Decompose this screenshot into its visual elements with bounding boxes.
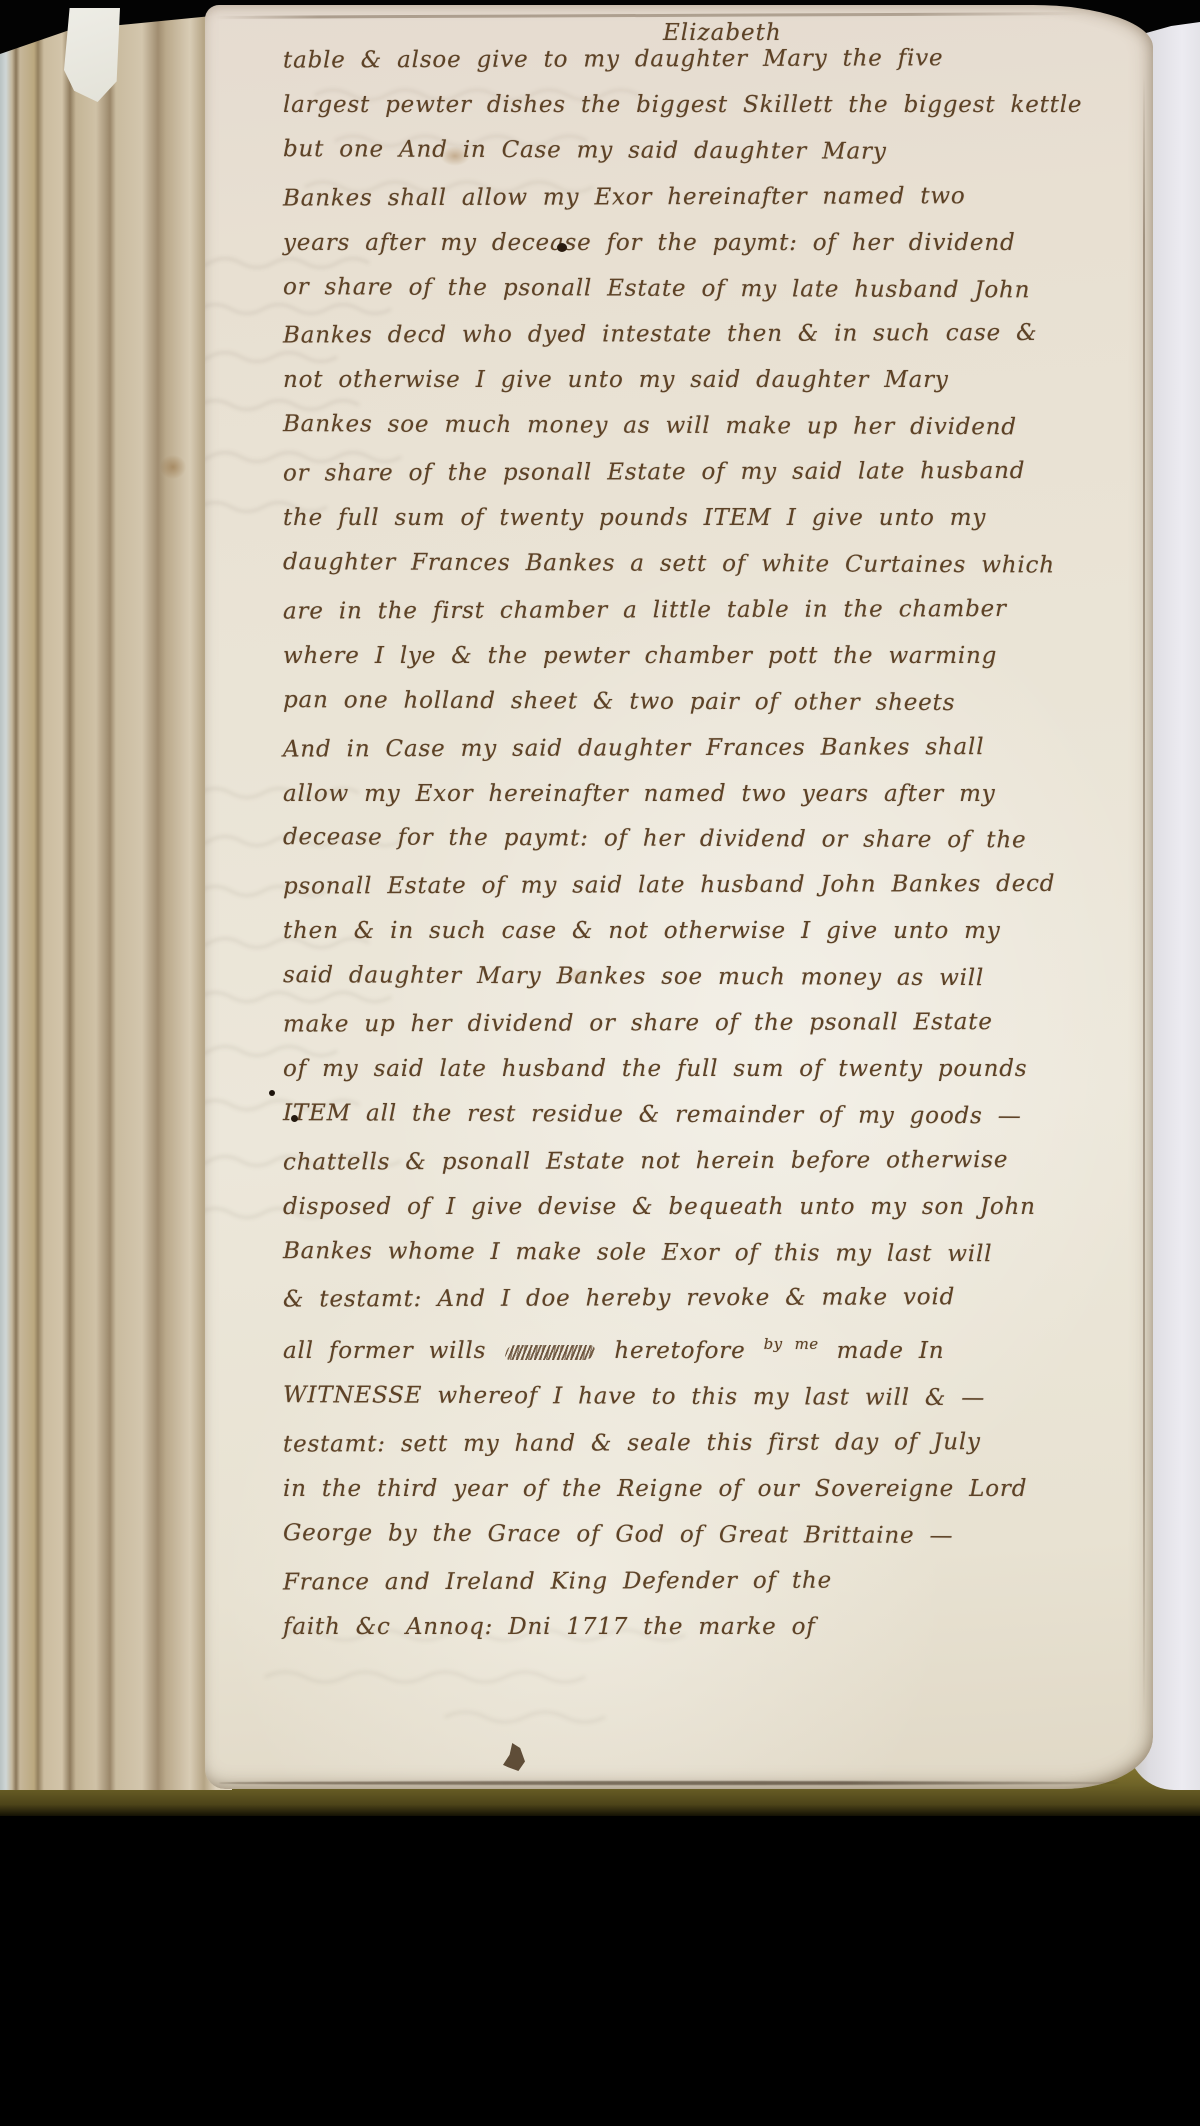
manuscript-line: George by the Grace of God of Great Brit…: [283, 1511, 1155, 1561]
manuscript-line: or share of the psonall Estate of my lat…: [283, 265, 1155, 315]
manuscript-line: testamt: sett my hand & seale this first…: [283, 1420, 1155, 1469]
manuscript-line: years after my decease for the paymt: of…: [283, 221, 1155, 267]
foxing-spot: [566, 968, 592, 984]
foxing-spot: [440, 146, 470, 166]
manuscript-line: table & alsoe give to my daughter Mary t…: [283, 35, 1155, 84]
manuscript-line: psonall Estate of my said late husband J…: [283, 862, 1155, 911]
manuscript-line: allow my Exor hereinafter named two year…: [283, 772, 1155, 818]
ink-speck: [291, 1115, 298, 1122]
foxing-spot: [160, 455, 186, 479]
manuscript-line: France and Ireland King Defender of the: [283, 1557, 1155, 1606]
manuscript-line: pan one holland sheet & two pair of othe…: [283, 678, 1155, 728]
manuscript-line: or share of the psonall Estate of my sai…: [283, 449, 1155, 498]
manuscript-line: in the third year of the Reigne of our S…: [283, 1467, 1155, 1513]
ink-speck: [269, 1090, 275, 1096]
manuscript-line: chattells & psonall Estate not herein be…: [283, 1137, 1155, 1186]
ink-speck: [557, 243, 567, 252]
manuscript-line: Bankes whome I make sole Exor of this my…: [283, 1229, 1155, 1279]
scribbled-out-word: [504, 1345, 597, 1360]
manuscript-line: but one And in Case my said daughter Mar…: [283, 127, 1155, 177]
interlinear-insertion: by me: [764, 1335, 819, 1353]
manuscript-line: & testamt: And I doe hereby revoke & mak…: [283, 1275, 1155, 1324]
manuscript-line: where I lye & the pewter chamber pott th…: [283, 634, 1155, 680]
manuscript-line: the full sum of twenty pounds ITEM I giv…: [283, 496, 1155, 542]
manuscript-line: Bankes decd who dyed intestate then & in…: [283, 311, 1155, 360]
ink-blot: [503, 1743, 525, 1771]
manuscript-line: disposed of I give devise & bequeath unt…: [283, 1185, 1155, 1231]
manuscript-line: daughter Frances Bankes a sett of white …: [283, 540, 1155, 590]
manuscript-line: make up her dividend or share of the pso…: [283, 1000, 1155, 1049]
manuscript-line: faith &c Annoq: Dni 1717 the marke of: [283, 1605, 1155, 1651]
manuscript-line: all former wills heretofore by me made I…: [283, 1322, 1155, 1375]
manuscript-line: decease for the paymt: of her dividend o…: [283, 816, 1155, 866]
page-bottom-edge: [219, 1781, 1119, 1785]
manuscript-text: table & alsoe give to my daughter Mary t…: [283, 37, 1155, 1651]
manuscript-line: said daughter Mary Bankes soe much money…: [283, 953, 1155, 1003]
manuscript-line: largest pewter dishes the biggest Skille…: [283, 83, 1155, 129]
manuscript-line: Bankes soe much money as will make up he…: [283, 402, 1155, 452]
manuscript-line: WITNESSE whereof I have to this my last …: [283, 1373, 1155, 1423]
manuscript-line: are in the first chamber a little table …: [283, 586, 1155, 635]
manuscript-line: then & in such case & not otherwise I gi…: [283, 909, 1155, 955]
photo-area: table & alsoe give to my daughter Mary t…: [0, 0, 1200, 1816]
manuscript-line: ITEM all the rest residue & remainder of…: [283, 1091, 1155, 1141]
photograph-of-manuscript: table & alsoe give to my daughter Mary t…: [0, 0, 1200, 2126]
page-edge-stack: [0, 14, 232, 1790]
manuscript-line: And in Case my said daughter Frances Ban…: [283, 724, 1155, 773]
manuscript-page: table & alsoe give to my daughter Mary t…: [205, 5, 1153, 1789]
manuscript-line: of my said late husband the full sum of …: [283, 1047, 1155, 1093]
manuscript-line: not otherwise I give unto my said daught…: [283, 358, 1155, 404]
manuscript-line: Bankes shall allow my Exor hereinafter n…: [283, 173, 1155, 222]
